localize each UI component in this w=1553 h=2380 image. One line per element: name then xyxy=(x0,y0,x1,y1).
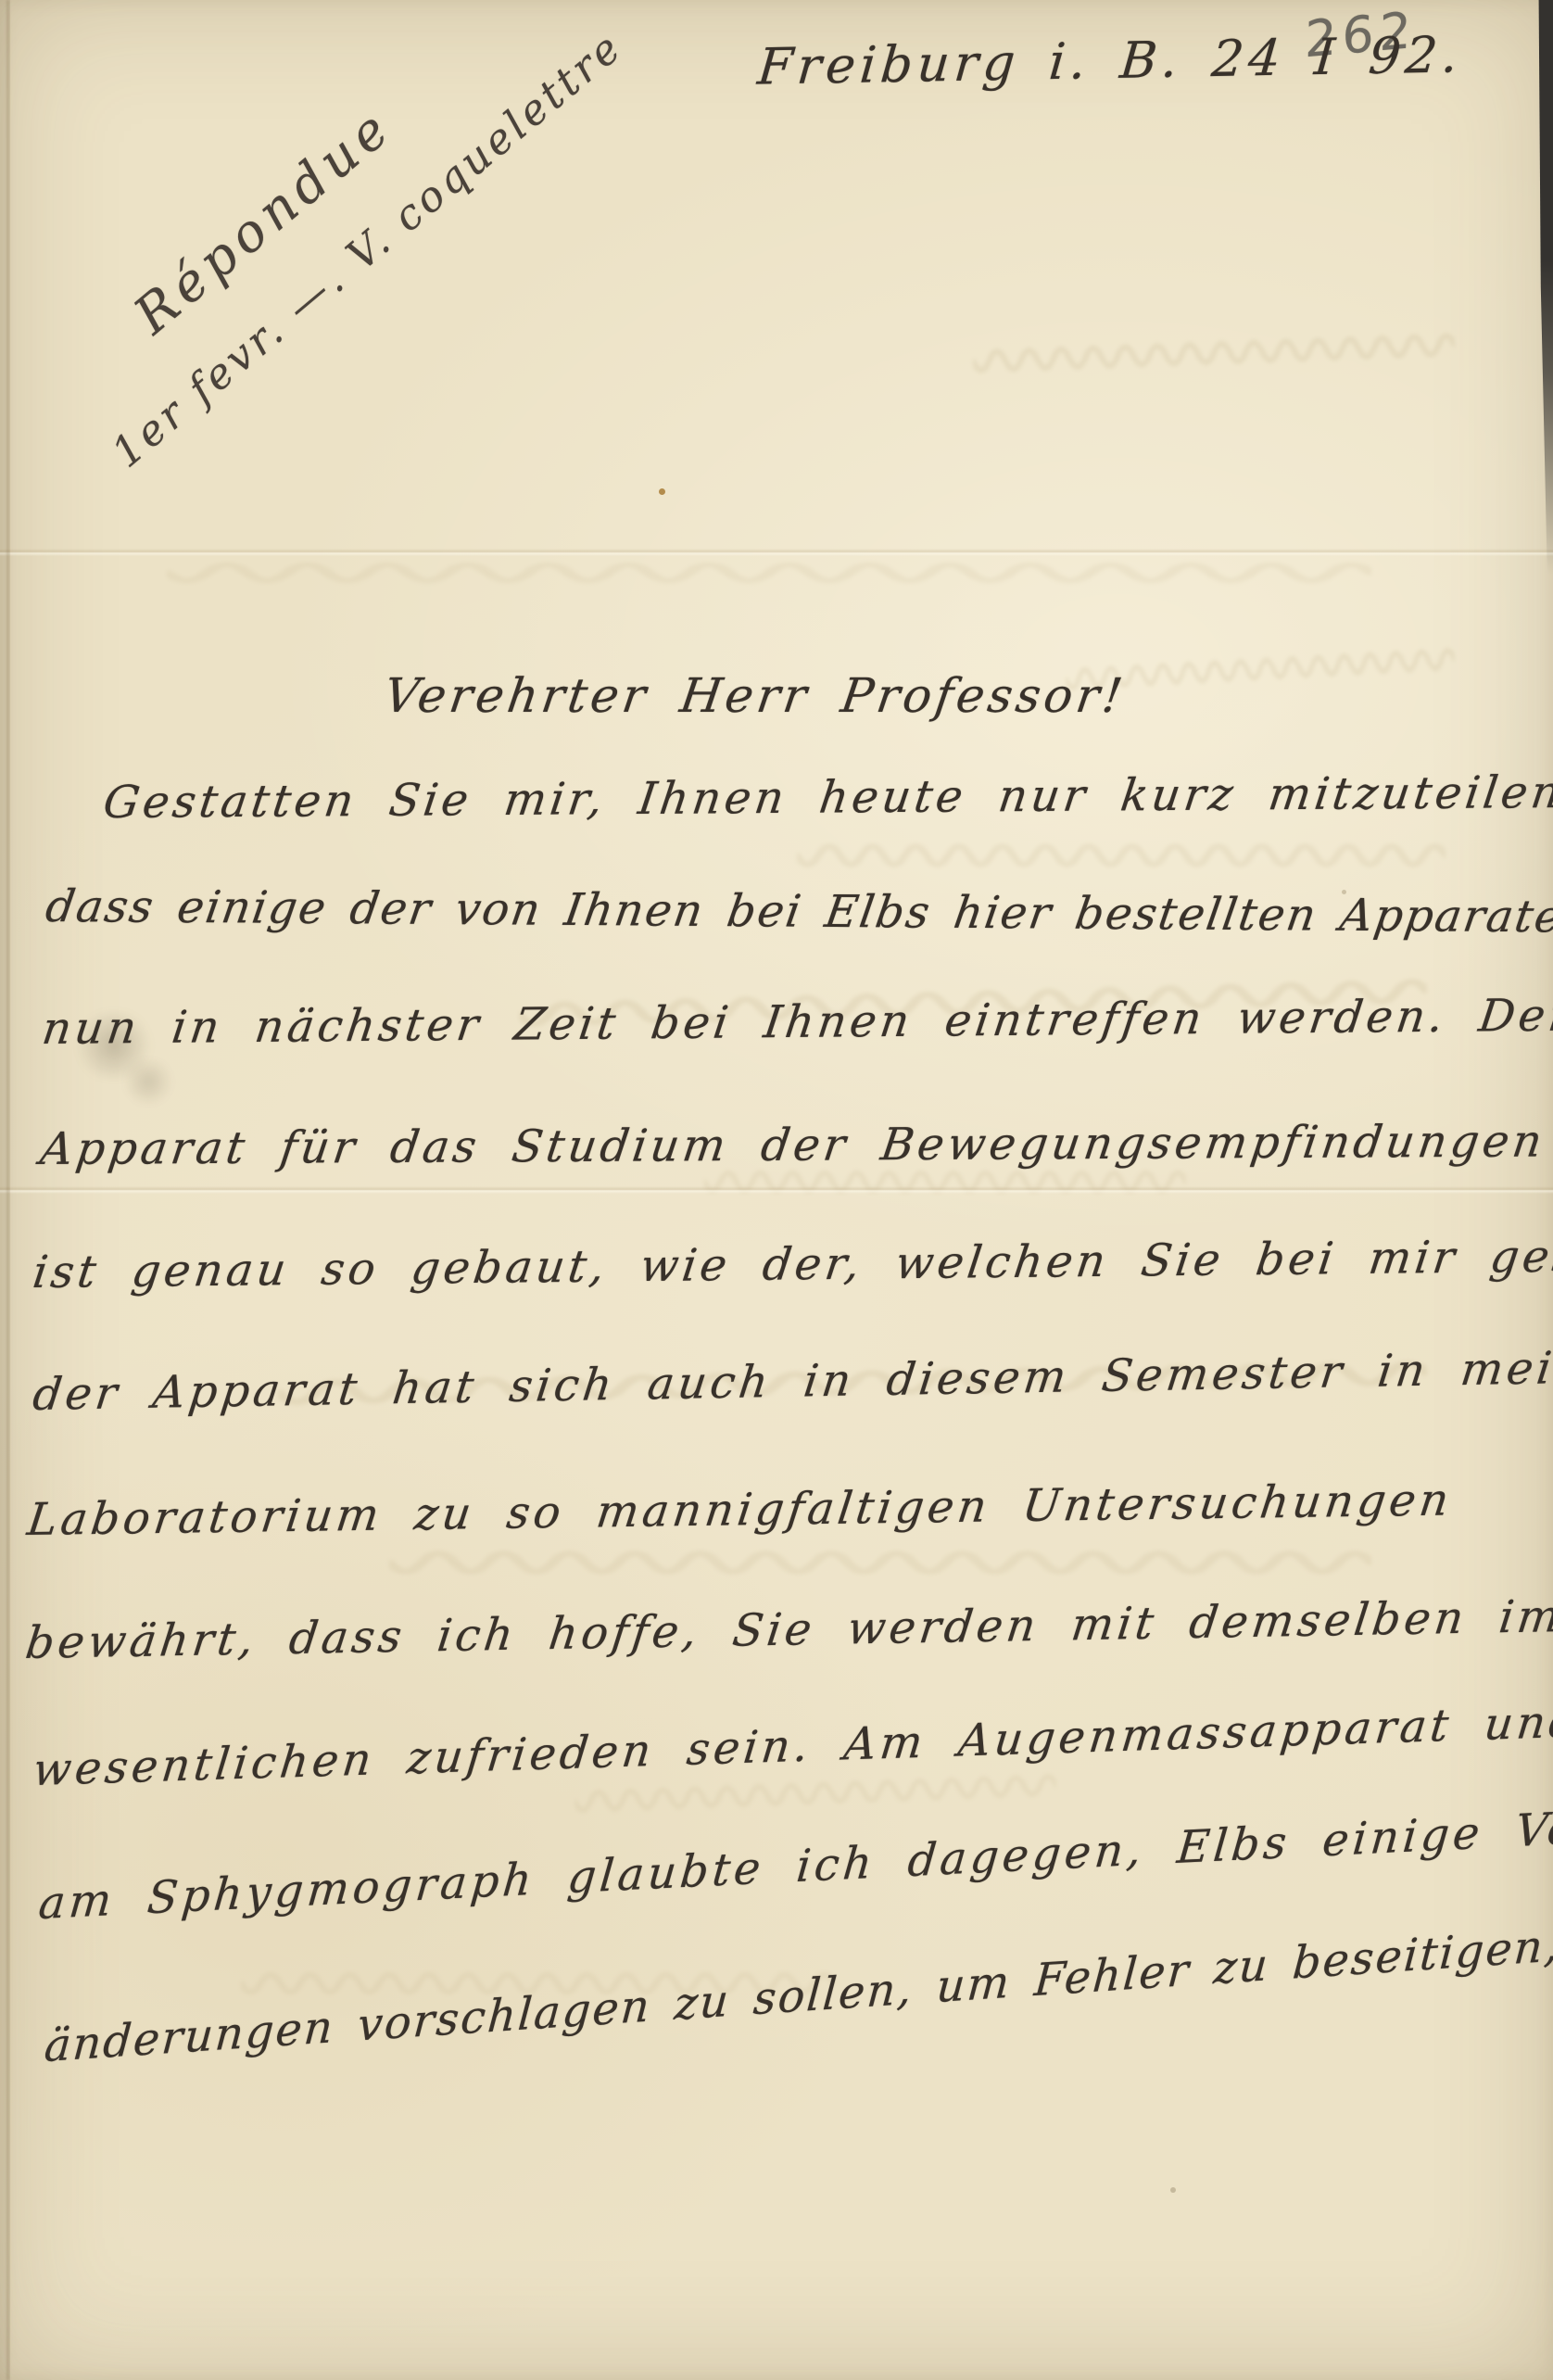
body-line: am Sphygmograph glaubte ich dagegen, Elb… xyxy=(36,1800,1553,1930)
scan-edge-right xyxy=(1533,0,1553,575)
body-line: Laboratorium zu so mannigfaltigen Unters… xyxy=(24,1474,1455,1546)
body-line: Apparat für das Studium der Bewegungsemp… xyxy=(37,1115,1548,1175)
fold-crease xyxy=(0,549,1553,556)
reception-annotation: Répondue 1er fevr. —. V. coquelettre xyxy=(17,0,632,499)
bleed-through-mark xyxy=(167,554,1371,591)
paper-speck xyxy=(1170,2187,1176,2193)
paper-speck xyxy=(659,488,665,495)
ink-smudge xyxy=(120,1058,176,1105)
body-line: Gestatten Sie mir, Ihnen heute nur kurz … xyxy=(100,766,1553,829)
body-line: nun in nächster Zeit bei Ihnen eintreffe… xyxy=(39,990,1553,1055)
body-line: der Apparat hat sich auch in diesem Seme… xyxy=(31,1340,1553,1421)
salutation: Verehrter Herr Professor! xyxy=(381,669,1130,724)
bleed-through-mark xyxy=(972,323,1455,383)
dateline: Freiburg i. B. 24 I 92. xyxy=(755,25,1465,95)
body-line: dass einige der von Ihnen bei Elbs hier … xyxy=(43,880,1553,943)
body-line: ist genau so gebaut, wie der, welchen Si… xyxy=(30,1229,1553,1298)
fold-crease xyxy=(0,1186,1553,1194)
bleed-through-mark xyxy=(389,1541,1371,1584)
bleed-through-mark xyxy=(797,834,1446,877)
letter-page: 262 Répondue 1er fevr. —. V. coquelettre… xyxy=(0,0,1553,2380)
paper-crease-left xyxy=(6,0,9,2380)
body-line: bewährt, dass ich hoffe, Sie werden mit … xyxy=(23,1590,1553,1669)
